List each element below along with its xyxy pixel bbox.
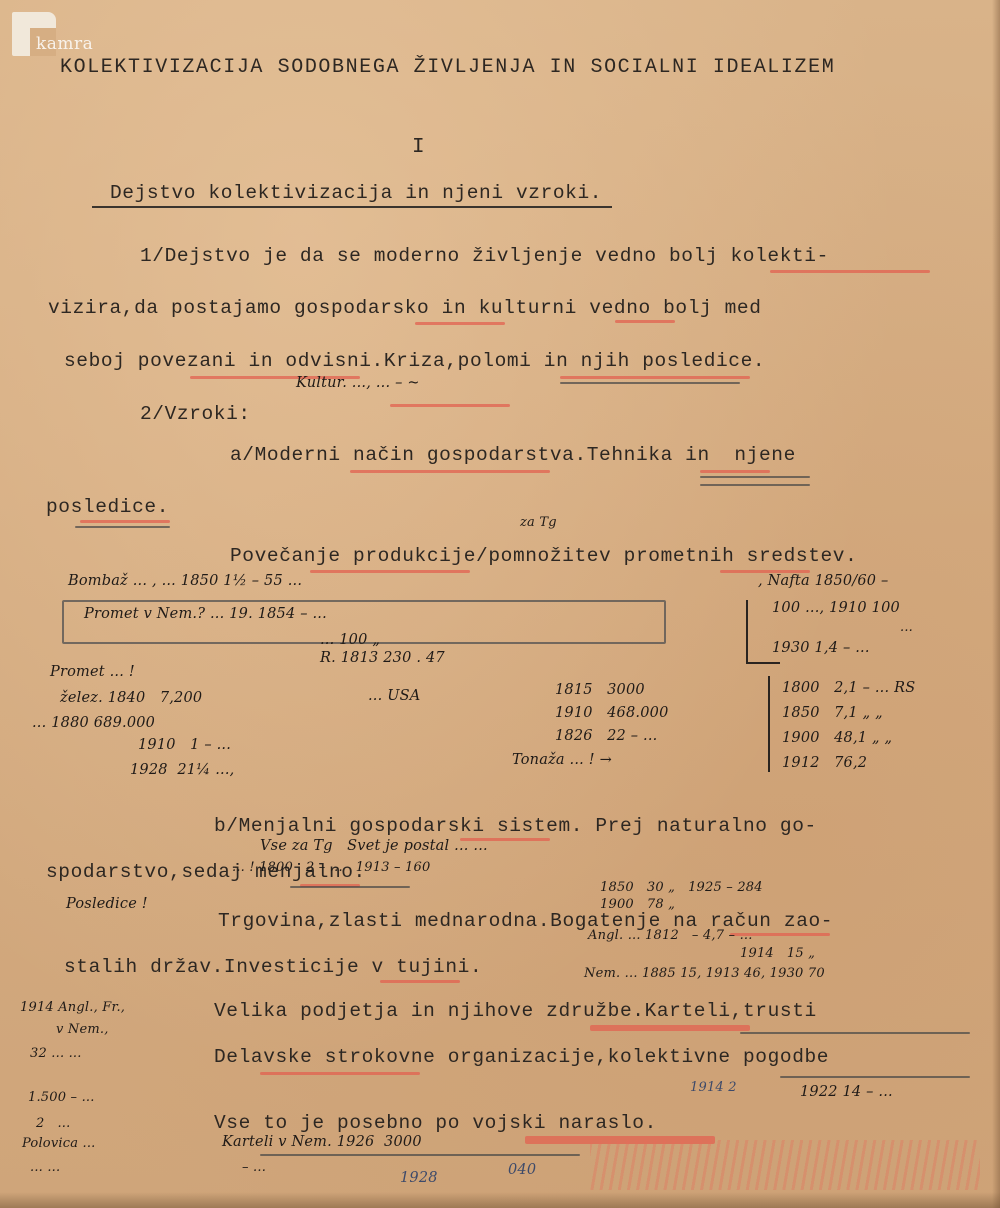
handwritten-note: – ... <box>242 1160 266 1175</box>
red-underline <box>390 404 510 407</box>
pencil-underline <box>700 484 810 486</box>
pencil-underline <box>780 1076 970 1078</box>
pencil-underline <box>260 1154 580 1156</box>
handwritten-note: 1900 78 „ <box>600 897 675 912</box>
handwritten-note: ... 1880 689.000 <box>32 715 155 731</box>
handwritten-note: ... 100 „ <box>320 632 380 648</box>
red-crayon-marks <box>590 1140 980 1190</box>
handwritten-note: ... ... <box>30 1160 60 1175</box>
handwritten-note: ... USA <box>368 688 420 704</box>
section-number: I <box>412 136 425 159</box>
pencil-underline <box>75 526 170 528</box>
document-title: KOLEKTIVIZACIJA SODOBNEGA ŽIVLJENJA IN S… <box>60 56 835 79</box>
red-underline <box>80 520 170 523</box>
pencil-bracket <box>768 676 776 772</box>
handwritten-note: 1910 1 – ... <box>138 737 231 753</box>
text-line-5: a/Moderni način gospodarstva.Tehnika in … <box>230 444 796 466</box>
red-underline <box>560 376 750 379</box>
handwritten-note: 1800 2,1 – ... RS <box>782 680 915 696</box>
handwritten-note: Angl. ... 1812 – 4,7 – ... <box>588 928 753 943</box>
handwritten-note: ... ! 1800 2 – ... 1913 – 160 <box>232 860 430 875</box>
paper-edge-bottom <box>0 1192 1000 1208</box>
text-line-12: Velika podjetja in njihove združbe.Karte… <box>214 1000 817 1022</box>
handwritten-note: Tonaža ... ! → <box>512 752 612 768</box>
handwritten-note: , Nafta 1850/60 – <box>758 573 889 589</box>
text-line-3: seboj povezani in odvisni.Kriza,polomi i… <box>64 350 765 372</box>
pencil-underline <box>700 476 810 478</box>
handwritten-note: 1922 14 – ... <box>800 1084 893 1100</box>
pencil-underline <box>290 886 410 888</box>
section-heading: Dejstvo kolektivizacija in njeni vzroki. <box>92 182 612 208</box>
handwritten-note: 1928 21¼ ..., <box>130 762 234 778</box>
document-page: kamra KOLEKTIVIZACIJA SODOBNEGA ŽIVLJENJ… <box>0 0 1000 1208</box>
kamra-logo-text: kamra <box>36 34 93 54</box>
handwritten-note: 1914 2 <box>690 1080 737 1095</box>
handwritten-note: Karteli v Nem. 1926 3000 <box>222 1134 422 1150</box>
text-line-6: posledice. <box>46 496 169 518</box>
text-line-1: 1/Dejstvo je da se moderno življenje ved… <box>140 245 829 267</box>
handwritten-note: Nem. ... 1885 15, 1913 46, 1930 70 <box>584 966 825 981</box>
handwritten-note: Polovica ... <box>22 1136 96 1151</box>
handwritten-note: želez. 1840 7,200 <box>60 690 202 706</box>
handwritten-note: 1.500 – ... <box>28 1090 95 1105</box>
text-line-8: b/Menjalni gospodarski sistem. Prej natu… <box>214 815 817 837</box>
pencil-underline <box>740 1032 970 1034</box>
text-line-11: stalih držav.Investicije v tujini. <box>64 956 482 978</box>
red-underline <box>260 1072 420 1075</box>
handwritten-note: za Tg <box>520 515 557 530</box>
red-underline <box>615 320 675 323</box>
paper-edge <box>992 0 1000 1208</box>
text-line-4: 2/Vzroki: <box>140 403 251 425</box>
handwritten-note: ... <box>900 620 917 635</box>
red-underline <box>310 570 470 573</box>
handwritten-note: 1930 1,4 – ... <box>772 640 870 656</box>
handwritten-note: 1914 Angl., Fr., <box>20 1000 125 1015</box>
text-line-13: Delavske strokovne organizacije,kolektiv… <box>214 1046 829 1068</box>
red-underline <box>380 980 460 983</box>
handwritten-note: 1914 15 „ <box>740 946 815 961</box>
handwritten-note: Vse za Tg Svet je postal ... ... <box>260 838 488 854</box>
handwritten-note: 32 ... ... <box>30 1046 82 1061</box>
handwritten-note: 1900 48,1 „ „ <box>782 730 892 746</box>
red-underline <box>700 470 770 473</box>
handwritten-note: 1910 468.000 <box>555 705 669 721</box>
handwritten-note: v Nem., <box>56 1022 109 1037</box>
handwritten-note: 1850 30 „ 1925 – 284 <box>600 880 763 895</box>
handwritten-note: R. 1813 230 . 47 <box>320 650 445 666</box>
red-underline <box>415 322 505 325</box>
handwritten-note: 1826 22 – ... <box>555 728 657 744</box>
text-line-7: Povečanje produkcije/pomnožitev prometni… <box>230 545 857 567</box>
red-underline <box>350 470 550 473</box>
red-underline <box>770 270 930 273</box>
handwritten-note: Bombaž ... , ... 1850 1½ – 55 ... <box>68 573 302 589</box>
handwritten-note: 1850 7,1 „ „ <box>782 705 883 721</box>
handwritten-note: 040 <box>508 1162 536 1178</box>
handwritten-note: 2 ... <box>36 1116 70 1131</box>
handwritten-note: 1912 76,2 <box>782 755 867 771</box>
text-line-2: vizira,da postajamo gospodarsko in kultu… <box>48 297 762 319</box>
handwritten-note: Promet v Nem.? ... 19. 1854 – ... <box>84 606 327 622</box>
handwritten-note: Promet ... ! <box>50 664 135 680</box>
handwritten-note: 100 ..., 1910 100 <box>772 600 900 616</box>
handwritten-note: 1928 <box>400 1170 438 1186</box>
handwritten-note: Posledice ! <box>66 896 148 912</box>
red-underline <box>590 1025 750 1031</box>
handwritten-note: Kultur. ..., ... – ~ <box>296 375 420 391</box>
text-line-14: Vse to je posebno po vojski naraslo. <box>214 1112 657 1134</box>
pencil-underline <box>560 382 740 384</box>
handwritten-note: 1815 3000 <box>555 682 645 698</box>
